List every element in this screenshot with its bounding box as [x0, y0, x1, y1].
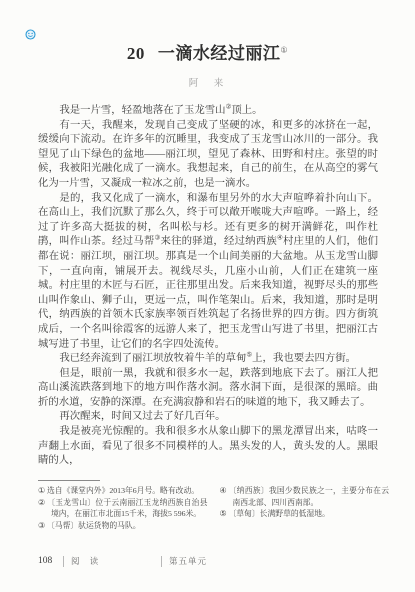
footnote-number: ③ — [38, 521, 45, 530]
paragraph: 但是，眼前一黑，我就和很多水一起，跌落到地底下去了。丽江人把高山溪流跌落到地下的… — [38, 367, 378, 411]
footnote: ①选自《课堂内外》2013年6月号。略有改动。 — [38, 485, 208, 497]
paragraph: 我已经奔流到了丽江坝放牧着牛羊的草甸⑤上，我也要去四方街。 — [38, 352, 378, 367]
footnote: ④〔纳西族〕我国少数民族之一，主要分布在云南西北部、四川西南部。 — [220, 485, 390, 509]
footnote-text: 〔马帮〕驮运货物的马队。 — [47, 521, 141, 530]
textbook-page: 20一滴水经过丽江① 阿 来 我是一片雪，轻盈地落在了玉龙雪山②顶上。 有一天，… — [0, 0, 415, 592]
footnote: ⑤〔草甸〕长满野草的低湿地。 — [220, 508, 390, 520]
footnote-number: ② — [38, 498, 45, 507]
author-name: 阿 来 — [0, 75, 415, 89]
footnote: ②〔玉龙雪山〕位于云南丽江玉龙纳西族自治县境内，在丽江市北面15千米，海拔5 5… — [38, 497, 208, 521]
page-number: 108 — [38, 556, 56, 566]
smiley-icon — [25, 29, 36, 40]
footnote-text: 选自《课堂内外》2013年6月号。略有改动。 — [47, 486, 199, 495]
paragraph: 有一天，我醒来，发现自己变成了坚硬的冰，和更多的冰挤在一起，缓缓向下流动。在许多… — [38, 119, 378, 192]
section-label: 阅 读 — [71, 555, 154, 567]
footnotes-right-column: ④〔纳西族〕我国少数民族之一，主要分布在云南西北部、四川西南部。 ⑤〔草甸〕长满… — [220, 485, 390, 532]
paragraph: 我是一片雪，轻盈地落在了玉龙雪山②顶上。 — [38, 104, 378, 119]
footnote-number: ④ — [220, 486, 227, 495]
paragraph: 再次醒来，时间又过去了好几百年。 — [38, 410, 378, 425]
footnote-text: 〔纳西族〕我国少数民族之一，主要分布在云南西北部、四川西南部。 — [229, 486, 389, 507]
footnote-text: 〔玉龙雪山〕位于云南丽江玉龙纳西族自治县境内，在丽江市北面15千米，海拔5 59… — [47, 498, 207, 519]
footnote-number: ⑤ — [220, 509, 227, 518]
lesson-number: 20 — [127, 44, 145, 63]
footnote-number: ① — [38, 486, 45, 495]
paragraph: 我是被亮光惊醒的。我和很多水从象山脚下的黑龙潭冒出来，咕咚一声翻上水面，看见了很… — [38, 425, 378, 469]
page-footer: 108 阅 读 第五单元 — [38, 555, 207, 567]
lesson-title: 20一滴水经过丽江① — [0, 0, 415, 64]
footer-divider-bar — [63, 556, 64, 567]
footnotes-left-column: ①选自《课堂内外》2013年6月号。略有改动。 ②〔玉龙雪山〕位于云南丽江玉龙纳… — [38, 485, 208, 532]
title-footnote-ref: ① — [280, 45, 288, 54]
footnote: ③〔马帮〕驮运货物的马队。 — [38, 520, 208, 532]
footnote-text: 〔草甸〕长满野草的低湿地。 — [229, 509, 330, 518]
footnote-divider — [38, 480, 100, 481]
footnotes: ①选自《课堂内外》2013年6月号。略有改动。 ②〔玉龙雪山〕位于云南丽江玉龙纳… — [38, 485, 389, 532]
lesson-title-text: 一滴水经过丽江 — [158, 44, 281, 63]
lesson-body: 我是一片雪，轻盈地落在了玉龙雪山②顶上。 有一天，我醒来，发现自己变成了坚硬的冰… — [38, 104, 378, 469]
footer-divider-bar — [161, 556, 162, 567]
paragraph: 是的，我又化成了一滴水，和瀑布里另外的水大声喧哗着扑向山下。在高山上，我们沉默了… — [38, 192, 378, 353]
unit-label: 第五单元 — [169, 555, 207, 567]
